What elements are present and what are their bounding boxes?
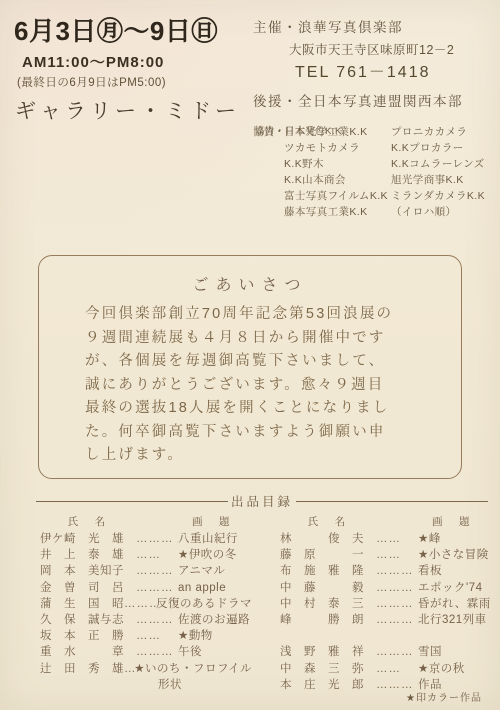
work-title: 北行321列車 — [418, 612, 494, 628]
name-header: 氏 名 — [40, 514, 136, 531]
star-icon: ★ — [418, 549, 429, 561]
work-title: ★小さな冒険 — [418, 547, 494, 563]
work-title: ★いのち・フロフイル — [134, 661, 252, 677]
sponsors-block: 協賛・ 日本光学工業K.K ツカモトカメラ K.K野木 K.K山本商会 富士写真… — [253, 124, 500, 220]
name-header: 氏 名 — [280, 514, 376, 531]
catalog-row: 浅 野 雅 祥………雪国 — [280, 644, 494, 660]
work-title-continuation: 形状 — [40, 677, 252, 693]
catalog-column-header: 氏 名 画 題 — [40, 514, 252, 531]
star-icon: ★ — [418, 533, 429, 545]
greeting-line: し上げます。 — [85, 444, 421, 468]
catalog-row: 林 俊 夫……★峰 — [280, 531, 494, 547]
work-title: ★京の秋 — [418, 661, 494, 677]
sponsor-item: K.Kコムラーレンズ — [391, 156, 500, 172]
catalog-left-rows: 伊ケ崎 光 雄………八重山紀行井 上 泰 雄……★伊吹の冬岡 本 美知子………ア… — [40, 531, 252, 693]
leader-dots: ……… — [376, 596, 418, 612]
leader-dots: ……… — [376, 580, 418, 596]
leader-dots: …… — [376, 531, 418, 547]
catalog-row: 辻 田 秀 雄……★いのち・フロフイル — [40, 661, 252, 677]
catalog-row: 坂 本 正 勝……★動物 — [40, 628, 252, 644]
sponsor-item: プロニカカメラ — [391, 124, 500, 140]
catalog-row: 布 施 雅 隆………看板 — [280, 563, 494, 579]
catalog-row: 中 藤 毅………エポック'74 — [280, 580, 494, 596]
greeting-box: ごあいさつ 今回倶楽部創立70周年記念第53回浪展の ９週間連続展も４月８日から… — [38, 255, 462, 479]
divider-rule — [36, 501, 228, 502]
schedule-block: 6月3日㊊～9日㊐ AM11:00～PM8:00 (最終日の6月9日はPM5:0… — [14, 11, 240, 125]
catalog-row: 伊ケ崎 光 雄………八重山紀行 — [40, 531, 252, 547]
leader-dots: ……… — [376, 563, 418, 579]
leader-dots: ……… — [136, 644, 178, 660]
star-icon: ★ — [178, 549, 189, 561]
work-title: 午後 — [178, 644, 252, 660]
exhibitor-name: 蒲 生 国 昭 — [40, 596, 124, 612]
organizer-phone: TEL 761－1418 — [295, 59, 463, 82]
sponsor-item: K.K野木 — [284, 156, 391, 172]
work-title: ★動物 — [178, 628, 252, 644]
star-icon: ★ — [178, 630, 189, 642]
greeting-line: 誠にありがとうございます。愈々９週目 — [85, 374, 421, 398]
greeting-line: 最終の選抜18人展を開くことになりまし — [85, 397, 421, 421]
exhibitor-name: 金 曽 司 呂 — [40, 580, 136, 596]
sponsor-item: 富士写真フイルムK.K — [284, 188, 391, 204]
work-title: 昏がれ、霖雨 — [418, 596, 494, 612]
catalog-left-column: 氏 名 画 題 伊ケ崎 光 雄………八重山紀行井 上 泰 雄……★伊吹の冬岡 本… — [40, 514, 252, 693]
catalog-row: 重 水 章………午後 — [40, 644, 252, 660]
catalog-row: 中 村 泰 三………昏がれ、霖雨 — [280, 596, 494, 612]
catalog-row: 中 森 三 弥……★京の秋 — [280, 661, 494, 677]
sponsor-item: （イロハ順） — [391, 204, 500, 220]
title-header: 画 題 — [432, 514, 473, 531]
title-header: 画 題 — [192, 514, 233, 531]
leader-dots: ……… — [376, 644, 418, 660]
work-title: ★峰 — [418, 531, 494, 547]
exhibitor-name: 坂 本 正 勝 — [40, 628, 136, 644]
final-day-note: (最終日の6月9日はPM5:00) — [17, 74, 240, 90]
work-title: an apple — [178, 580, 252, 596]
sponsor-item: K.K山本商会 — [284, 172, 391, 188]
greeting-line: た。何卒御高覧下さいますよう御願い申 — [85, 421, 421, 445]
exhibition-dates: 6月3日㊊～9日㊐ — [14, 11, 240, 48]
organizer: 主催・浪華写真倶楽部 — [253, 16, 463, 36]
greeting-line: が、各個展を毎週御高覧下さいまして、 — [85, 350, 421, 374]
sponsor-item: K.Kプロカラー — [391, 140, 500, 156]
catalog-column-header: 氏 名 画 題 — [280, 514, 494, 531]
star-icon: ★ — [418, 663, 429, 675]
exhibitor-name: 辻 田 秀 雄 — [40, 661, 124, 677]
supporting-org: 後援・全日本写真連盟関西本部 — [253, 90, 463, 110]
star-icon: ★ — [134, 663, 145, 675]
work-title: アニマル — [178, 563, 252, 579]
catalog-row: 蒲 生 国 昭………反復のあるドラマ — [40, 596, 252, 612]
leader-dots: ……… — [136, 563, 178, 579]
leader-dots: ……… — [136, 531, 178, 547]
catalog-divider: 出品目録 — [0, 492, 500, 510]
catalog-right-rows: 林 俊 夫……★峰藤 原 一……★小さな冒険布 施 雅 隆………看板中 藤 毅…… — [280, 531, 494, 693]
sponsor-item: 藤本写真工業K.K — [284, 204, 391, 220]
catalog-right-column: 氏 名 画 題 林 俊 夫……★峰藤 原 一……★小さな冒険布 施 雅 隆………… — [280, 514, 494, 693]
exhibitor-name: 中 村 泰 三 — [280, 596, 376, 612]
leader-dots: ……… — [136, 612, 178, 628]
leader-dots: …… — [136, 628, 178, 644]
exhibitor-name: 岡 本 美知子 — [40, 563, 136, 579]
catalog-row: 久 保 誠与志………佐渡のお遍路 — [40, 612, 252, 628]
work-title: ★伊吹の冬 — [178, 547, 252, 563]
exhibitor-name: 峰 勝 朗 — [280, 612, 376, 628]
greeting-body: 今回倶楽部創立70周年記念第53回浪展の ９週間連続展も４月８日から開催中です … — [85, 303, 421, 468]
leader-dots: ……… — [136, 580, 178, 596]
exhibition-flyer: 6月3日㊊～9日㊐ AM11:00～PM8:00 (最終日の6月9日はPM5:0… — [0, 0, 500, 710]
work-title: 佐渡のお遍路 — [178, 612, 252, 628]
color-work-footnote: ★印カラー作品 — [280, 689, 482, 704]
work-title: 八重山紀行 — [178, 531, 252, 547]
sponsor-item: 旭光学商事K.K — [391, 172, 500, 188]
exhibitor-name: 藤 原 一 — [280, 547, 376, 563]
leader-dots: …… — [376, 661, 418, 677]
catalog-title: 出品目録 — [228, 492, 296, 510]
catalog-row: 藤 原 一……★小さな冒険 — [280, 547, 494, 563]
work-title: エポック'74 — [418, 580, 494, 596]
sponsors-label: 協賛・ — [253, 124, 284, 220]
greeting-line: 今回倶楽部創立70周年記念第53回浪展の — [85, 303, 421, 327]
exhibitor-name: 中 藤 毅 — [280, 580, 376, 596]
sponsors-column-1: 日本光学工業K.K ツカモトカメラ K.K野木 K.K山本商会 富士写真フイルム… — [284, 124, 391, 220]
sponsors-column-2: プロニカカメラ K.Kプロカラー K.Kコムラーレンズ 旭光学商事K.K ミラン… — [391, 124, 500, 220]
divider-rule — [296, 501, 488, 502]
opening-hours: AM11:00～PM8:00 — [22, 51, 240, 72]
exhibitor-name: 中 森 三 弥 — [280, 661, 376, 677]
sponsor-item: ツカモトカメラ — [284, 140, 391, 156]
greeting-title: ごあいさつ — [39, 272, 461, 295]
leader-dots: ……… — [124, 596, 156, 612]
organizer-block: 主催・浪華写真倶楽部 大阪市天王寺区味原町12－2 TEL 761－1418 後… — [253, 16, 463, 137]
organizer-address: 大阪市天王寺区味原町12－2 — [289, 40, 463, 58]
exhibitor-name: 浅 野 雅 祥 — [280, 644, 376, 660]
leader-dots: …… — [124, 661, 134, 677]
exhibitor-name: 久 保 誠与志 — [40, 612, 136, 628]
leader-dots: ……… — [376, 612, 418, 628]
leader-dots: …… — [136, 547, 178, 563]
catalog-row: 井 上 泰 雄……★伊吹の冬 — [40, 547, 252, 563]
catalog-row: 金 曽 司 呂………an apple — [40, 580, 252, 596]
venue-name: ギャラリー・ミドー — [15, 95, 240, 125]
work-title: 反復のあるドラマ — [156, 596, 252, 612]
leader-dots: …… — [376, 547, 418, 563]
exhibitor-name: 井 上 泰 雄 — [40, 547, 136, 563]
sponsor-item: ミランダカメラK.K — [391, 188, 500, 204]
sponsor-item: 日本光学工業K.K — [284, 124, 391, 140]
work-title: 看板 — [418, 563, 494, 579]
catalog-row: 岡 本 美知子………アニマル — [40, 563, 252, 579]
exhibitor-name: 林 俊 夫 — [280, 531, 376, 547]
exhibitor-name: 布 施 雅 隆 — [280, 563, 376, 579]
work-title: 雪国 — [418, 644, 494, 660]
catalog-row: 峰 勝 朗………北行321列車 — [280, 612, 494, 628]
column-gap — [280, 628, 494, 644]
exhibitor-name: 重 水 章 — [40, 644, 136, 660]
greeting-line: ９週間連続展も４月８日から開催中です — [85, 327, 421, 351]
exhibitor-name: 伊ケ崎 光 雄 — [40, 531, 136, 547]
